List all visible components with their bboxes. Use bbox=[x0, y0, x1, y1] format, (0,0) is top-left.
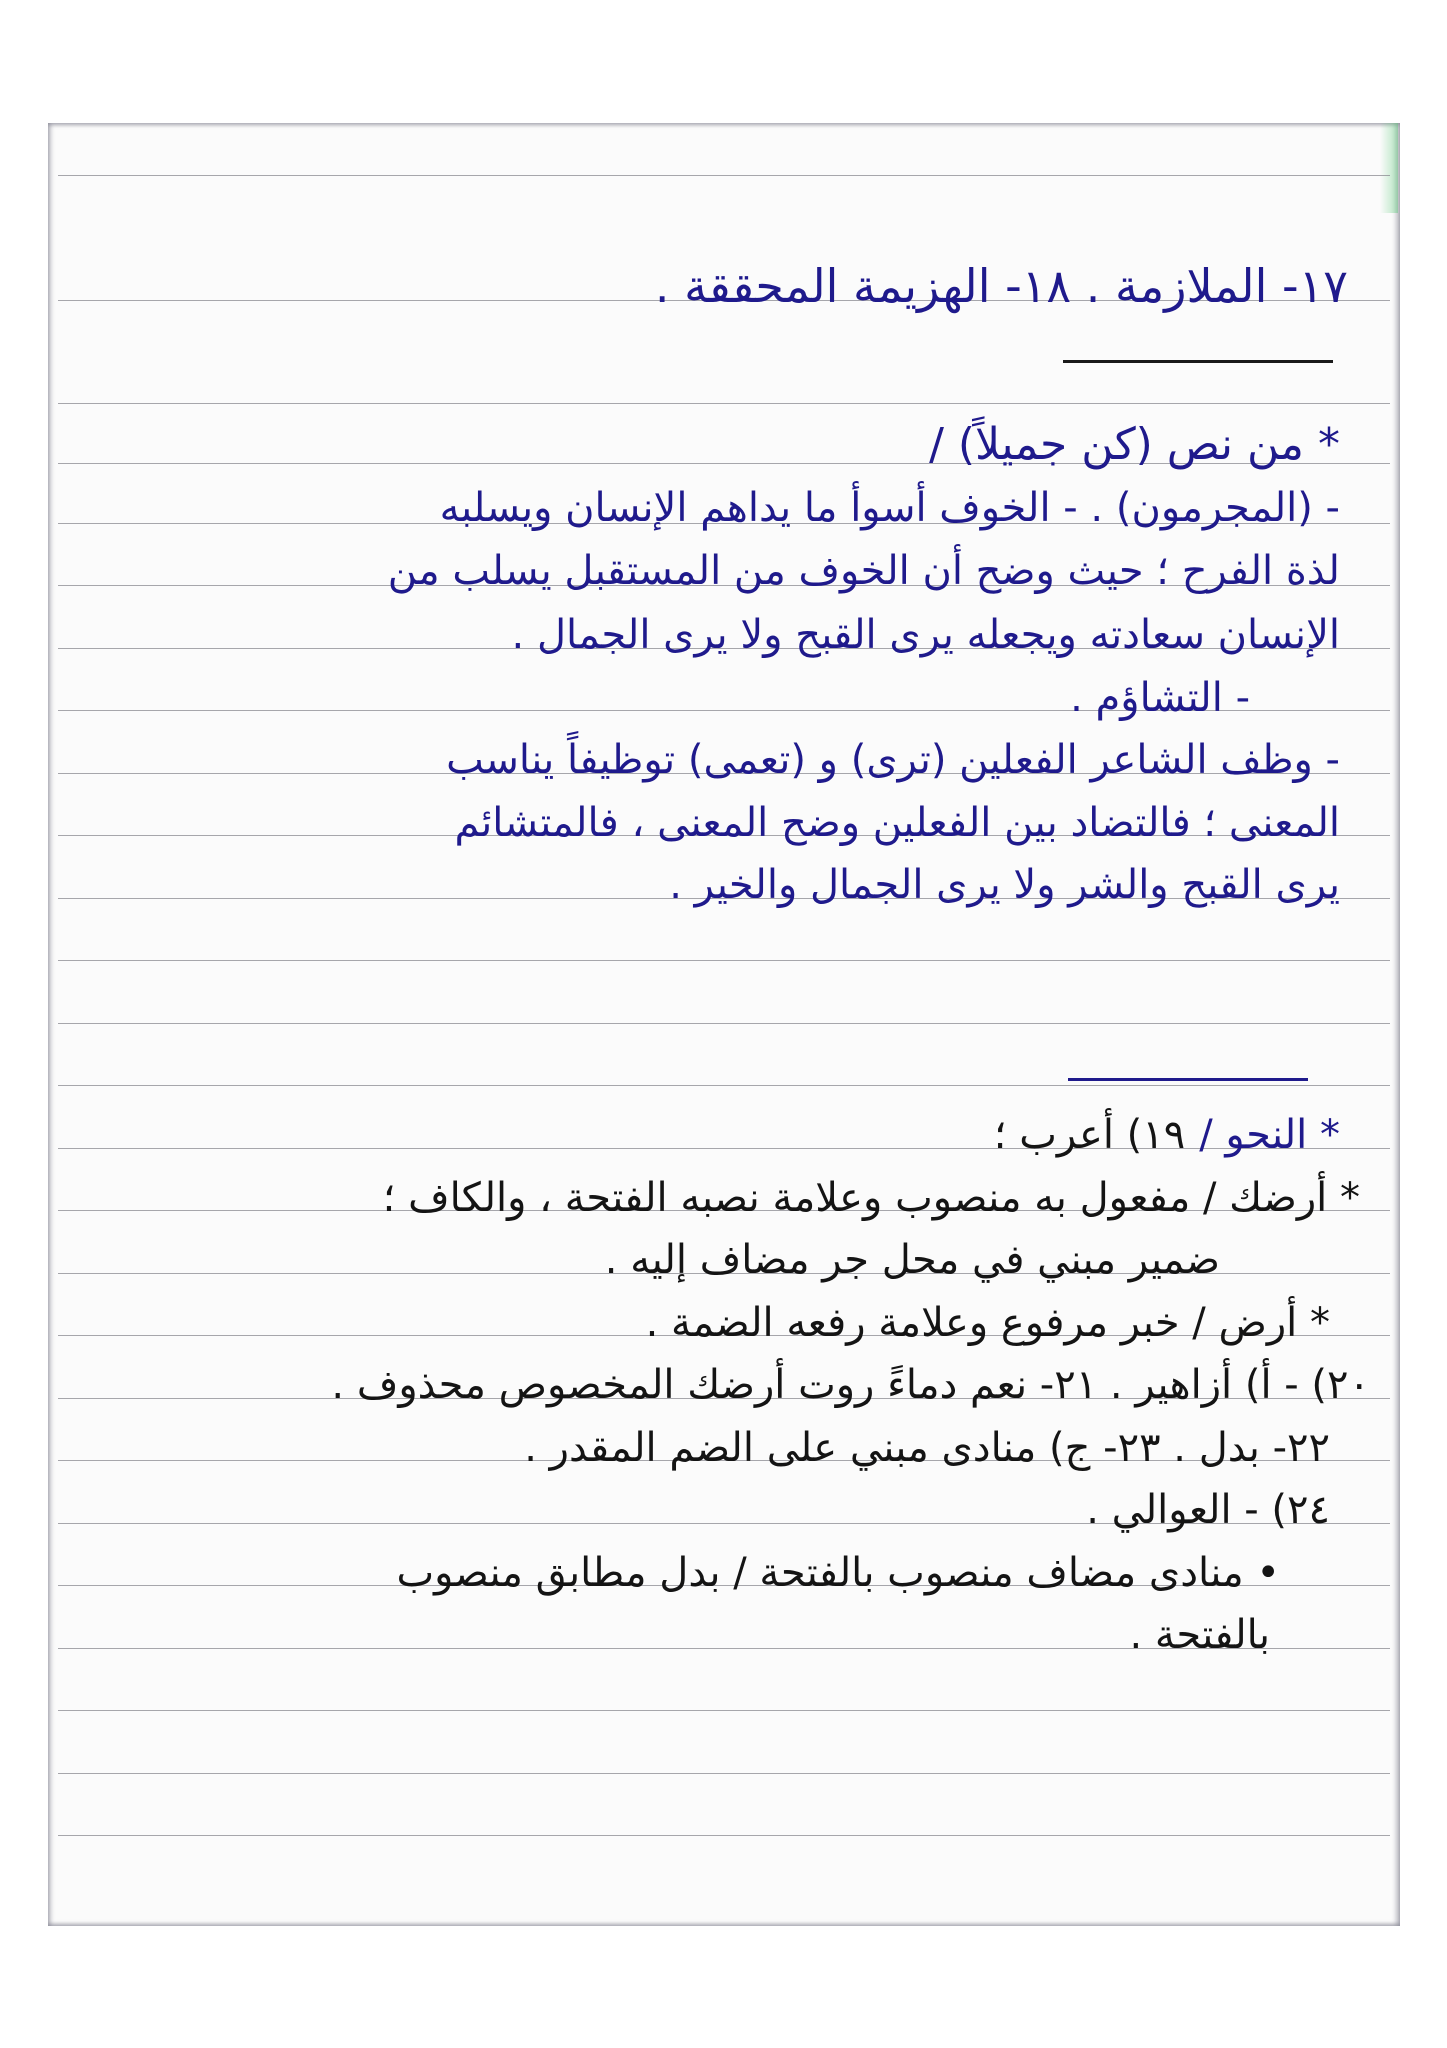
grammar-line: ٢٤) - العوالي . bbox=[1086, 1490, 1330, 1530]
ruled-line bbox=[58, 175, 1390, 176]
text-line: الإنسان سعادته ويجعله يرى القبح ولا يرى … bbox=[512, 615, 1340, 655]
grammar-line: ضمير مبني في محل جر مضاف إليه . bbox=[605, 1240, 1220, 1280]
ruled-line bbox=[58, 1710, 1390, 1711]
ruled-line bbox=[58, 403, 1390, 404]
ruled-line bbox=[58, 1835, 1390, 1836]
text-line: المعنى ؛ فالتضاد بين الفعلين وضح المعنى … bbox=[454, 803, 1340, 843]
text-section-heading: * من نص (كن جميلاً) / bbox=[929, 423, 1340, 467]
grammar-line: * أرض / خبر مرفوع وعلامة رفعه الضمة . bbox=[646, 1303, 1330, 1343]
scan-edge-tint bbox=[1380, 123, 1398, 213]
ruled-line bbox=[58, 1023, 1390, 1024]
grammar-line: * أرضك / مفعول به منصوب وعلامة نصبه الفت… bbox=[383, 1178, 1360, 1218]
ruled-line bbox=[58, 1085, 1390, 1086]
grammar-line: بالفتحة . bbox=[1129, 1615, 1270, 1655]
ruled-line bbox=[58, 960, 1390, 961]
section-divider bbox=[1063, 360, 1333, 363]
text-line: لذة الفرح ؛ حيث وضح أن الخوف من المستقبل… bbox=[388, 551, 1340, 591]
grammar-line: ٢٠) - أ) أزاهير . ٢١- نعم دماءً روت أرضك… bbox=[331, 1365, 1370, 1405]
text-line: يرى القبح والشر ولا يرى الجمال والخير . bbox=[669, 865, 1340, 905]
ruled-line bbox=[58, 1773, 1390, 1774]
section-divider bbox=[1068, 1078, 1308, 1081]
text-line: - التشاؤم . bbox=[1070, 678, 1250, 718]
answers-17-18: ١٧- الملازمة . ١٨- الهزيمة المحققة . bbox=[655, 263, 1348, 309]
question-19-label: ١٩) أعرب ؛ bbox=[994, 1115, 1185, 1155]
notebook-page: ١٧- الملازمة . ١٨- الهزيمة المحققة . * م… bbox=[48, 123, 1400, 1926]
text-line: - وظف الشاعر الفعلين (ترى) و (تعمى) توظي… bbox=[446, 740, 1340, 780]
grammar-line: ٢٢- بدل . ٢٣- ج) منادى مبني على الضم الم… bbox=[524, 1428, 1330, 1468]
grammar-heading: * النحو / ١٩) أعرب ؛ bbox=[994, 1115, 1340, 1155]
text-line: - (المجرمون) . - الخوف أسوأ ما يداهم الإ… bbox=[440, 488, 1340, 528]
grammar-line: • منادى مضاف منصوب بالفتحة / بدل مطابق م… bbox=[396, 1553, 1280, 1593]
grammar-heading-label: * النحو / bbox=[1199, 1115, 1340, 1155]
